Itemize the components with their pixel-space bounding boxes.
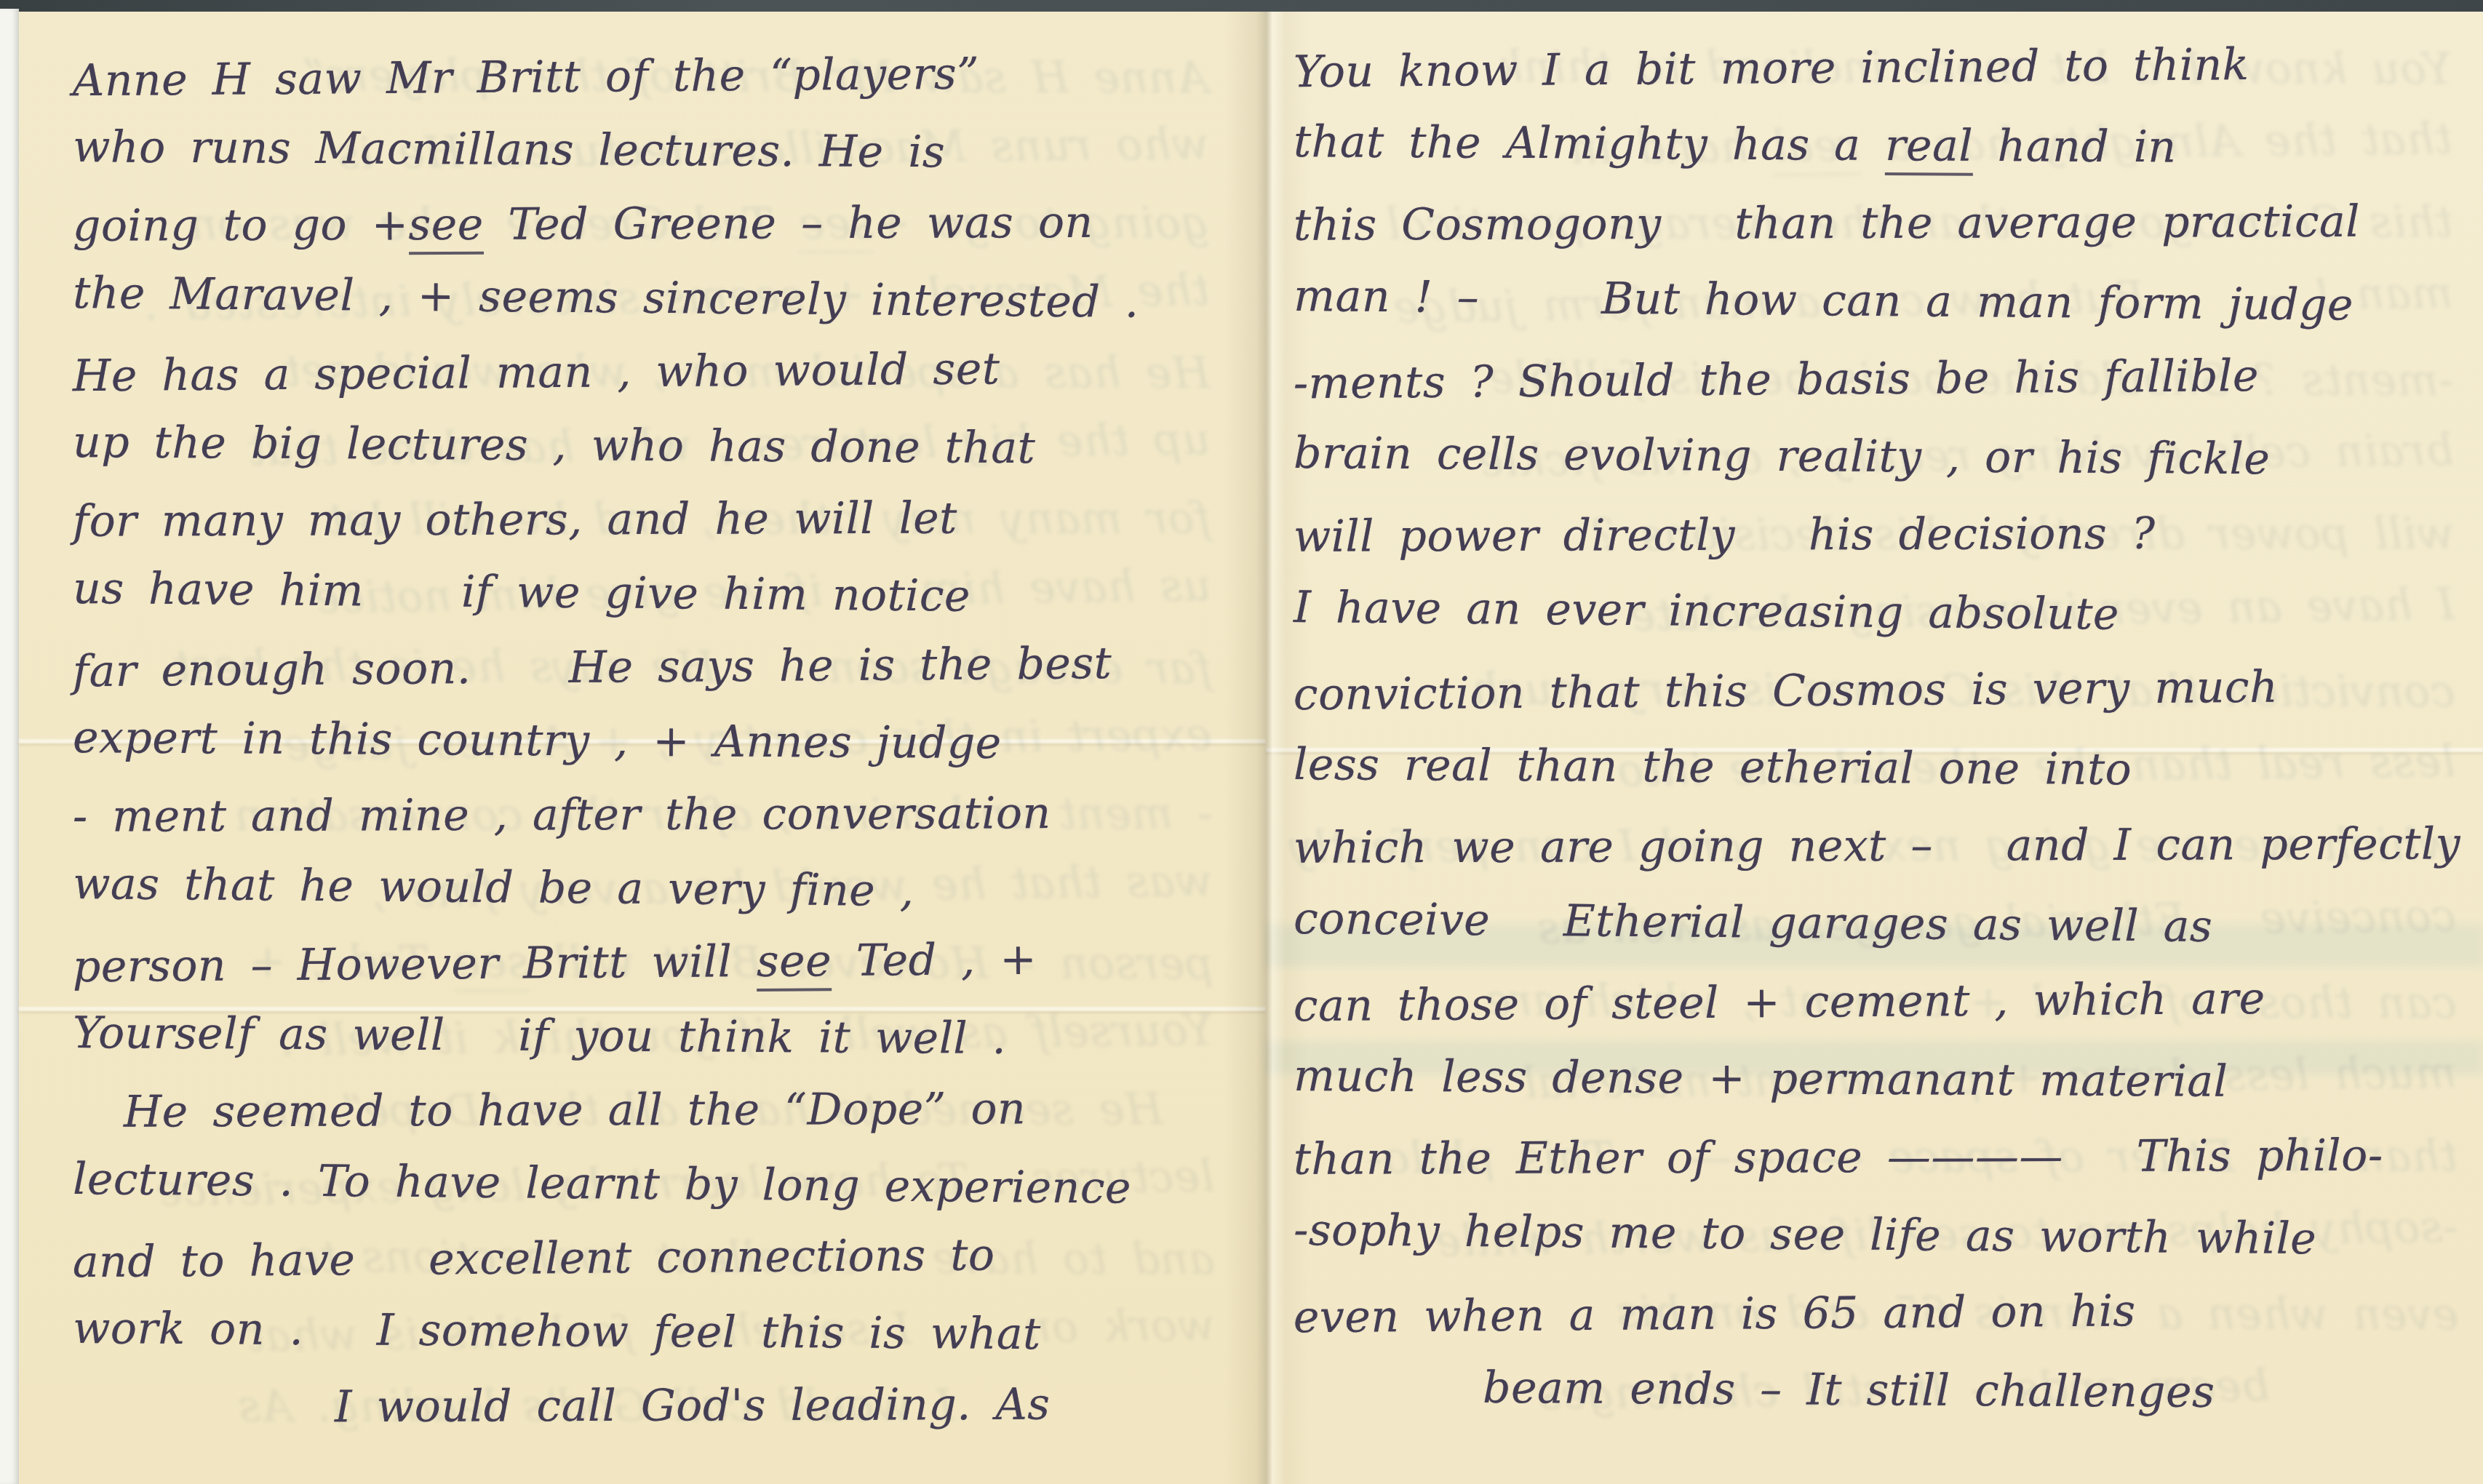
handwriting-segment: than the Ether of space ———— This philo-	[1294, 1130, 2383, 1185]
handwriting-segment: this Cosmogony than the average practica…	[1294, 196, 2360, 251]
handwritten-line: for many may others, and he will let	[73, 492, 1246, 570]
handwriting-segment: He seemed to have all the “Dope” on	[124, 1083, 1026, 1137]
handwriting-segment: person – However Britt will	[73, 936, 757, 992]
handwritten-line: -sophy helps me to see life as worth whi…	[1294, 1205, 2471, 1293]
scan-edge-strip	[0, 9, 19, 1484]
handwritten-line: conviction that this Cosmos is very much	[1294, 661, 2471, 748]
handwriting-segment: You know I a bit more inclined to think	[1294, 39, 2249, 97]
handwritten-line: going to go +see Ted Greene – he was on	[73, 196, 1246, 274]
handwritten-line: less real than the etherial one into	[1294, 739, 2471, 824]
handwritten-line: I would call God's leading. As	[335, 1379, 1246, 1456]
handwriting-segment: us have him if we give him notice	[73, 562, 971, 621]
handwritten-line: that the Almighty has a real hand in	[1294, 116, 2471, 202]
handwritten-line: lectures . To have learnt by long experi…	[73, 1153, 1246, 1237]
scan-background-top-bar	[0, 0, 2483, 12]
handwritten-line: and to have excellent connections to	[73, 1228, 1246, 1311]
handwritten-line: - ment and mine , after the conversation	[73, 787, 1246, 865]
letter-page-left: Anne H saw Mr Britt of the “players”who …	[19, 12, 1266, 1484]
handwriting-segment: far enough soon. He says he is the best	[73, 638, 1112, 697]
handwritten-line: brain cells evolving reality , or his fi…	[1294, 428, 2471, 513]
handwritten-line: expert in this country , + Annes judge	[73, 712, 1246, 793]
handwriting-segment: conviction that this Cosmos is very much	[1294, 662, 2279, 721]
handwriting-segment: much less dense + permanant material	[1294, 1050, 2228, 1107]
handwriting-segment: will power directly his decisions ?	[1294, 508, 2156, 562]
handwriting-segment: Ted Greene – he was on	[484, 197, 1093, 250]
underlined-word: see	[408, 199, 484, 255]
handwriting-segment: I would call God's leading. As	[335, 1379, 1051, 1432]
handwritten-line: He has a special man , who would set	[73, 342, 1246, 425]
handwriting-segment: Ted , +	[832, 934, 1037, 986]
handwriting-segment: the Maravel , + seems sincerely interest…	[73, 267, 1139, 327]
handwriting-segment: He has a special man , who would set	[73, 343, 1000, 402]
handwritten-line: which we are going next – and I can perf…	[1294, 818, 2470, 901]
handwritten-line: I have an ever increasing absolute	[1294, 582, 2471, 670]
handwriting-segment: and to have excellent connections to	[73, 1229, 995, 1288]
handwriting-text-block: Anne H saw Mr Britt of the “players”who …	[19, 12, 1266, 1484]
handwritten-line: work on . I somehow feel this is what	[73, 1303, 1246, 1384]
handwriting-segment: going to go +	[73, 199, 409, 252]
handwritten-line: the Maravel , + seems sincerely interest…	[73, 267, 1246, 351]
handwriting-segment: hand in	[1973, 121, 2177, 173]
handwriting-segment: work on . I somehow feel this is what	[73, 1303, 1041, 1360]
handwritten-line: than the Ether of space ———— This philo-	[1294, 1130, 2470, 1212]
handwritten-line: You know I a bit more inclined to think	[1294, 38, 2471, 125]
handwriting-segment: was that he would be a very fine ,	[73, 858, 914, 916]
underlined-word: see	[757, 936, 832, 992]
handwritten-line: even when a man is 65 and on his	[1294, 1283, 2471, 1371]
handwriting-segment: conceive Etherial garages as well as	[1294, 893, 2213, 952]
handwriting-segment: -sophy helps me to see life as worth whi…	[1294, 1205, 2317, 1264]
underlined-word: real	[1885, 120, 1974, 176]
handwritten-line: man ! – But how can a man form judge	[1294, 271, 2471, 359]
handwriting-segment: even when a man is 65 and on his	[1294, 1285, 2136, 1343]
handwritten-line: will power directly his decisions ?	[1294, 507, 2470, 589]
handwritten-line: much less dense + permanant material	[1294, 1050, 2471, 1136]
handwritten-line: Anne H saw Mr Britt of the “players”	[73, 47, 1246, 129]
handwritten-line: can those of steel + cement , which are	[1294, 972, 2471, 1059]
handwritten-line: who runs Macmillans lectures. He is	[73, 121, 1246, 202]
handwriting-segment: that the Almighty has a	[1294, 116, 1885, 171]
handwriting-segment: can those of steel + cement , which are	[1294, 973, 2265, 1032]
handwritten-line: us have him if we give him notice	[73, 562, 1246, 647]
handwriting-segment: Anne H saw Mr Britt of the “players”	[73, 49, 980, 107]
handwritten-line: this Cosmogony than the average practica…	[1294, 196, 2470, 278]
handwriting-segment: up the big lectures , who has done that	[73, 417, 1036, 474]
handwritten-line: was that he would be a very fine ,	[73, 858, 1246, 942]
handwriting-segment: Yourself as well if you think it well .	[73, 1008, 1007, 1064]
handwriting-segment: brain cells evolving reality , or his fi…	[1294, 428, 2271, 484]
handwritten-line: conceive Etherial garages as well as	[1294, 893, 2471, 981]
handwriting-segment: expert in this country , + Annes judge	[73, 712, 1002, 769]
letter-scan: Anne H saw Mr Britt of the “players”who …	[0, 0, 2483, 1484]
handwriting-segment: less real than the etherial one into	[1294, 739, 2132, 795]
letter-page-right: You know I a bit more inclined to thinkt…	[1266, 12, 2483, 1484]
handwriting-segment: I have an ever increasing absolute	[1294, 582, 2119, 640]
handwriting-segment: lectures . To have learnt by long experi…	[73, 1153, 1131, 1213]
handwritten-line: far enough soon. He says he is the best	[73, 637, 1246, 720]
handwriting-segment: for many may others, and he will let	[73, 493, 957, 547]
handwritten-line: He seemed to have all the “Dope” on	[124, 1082, 1246, 1160]
handwriting-segment: who runs Macmillans lectures. He is	[73, 121, 946, 177]
handwritten-line: -ments ? Should the basis be his fallibl…	[1294, 349, 2471, 436]
handwritten-line: beam ends – It still challenges	[1483, 1363, 2471, 1446]
handwritten-line: Yourself as well if you think it well .	[73, 1008, 1246, 1088]
handwritten-line: person – However Britt will see Ted , +	[73, 933, 1246, 1016]
handwriting-segment: which we are going next – and I can perf…	[1294, 818, 2460, 874]
handwriting-segment: beam ends – It still challenges	[1483, 1363, 2215, 1418]
handwriting-segment: - ment and mine , after the conversation	[73, 788, 1051, 842]
handwriting-text-block: You know I a bit more inclined to thinkt…	[1266, 12, 2483, 1484]
handwritten-line: up the big lectures , who has done that	[73, 417, 1246, 498]
handwriting-segment: man ! – But how can a man form judge	[1294, 271, 2354, 331]
handwriting-segment: -ments ? Should the basis be his fallibl…	[1294, 351, 2259, 409]
